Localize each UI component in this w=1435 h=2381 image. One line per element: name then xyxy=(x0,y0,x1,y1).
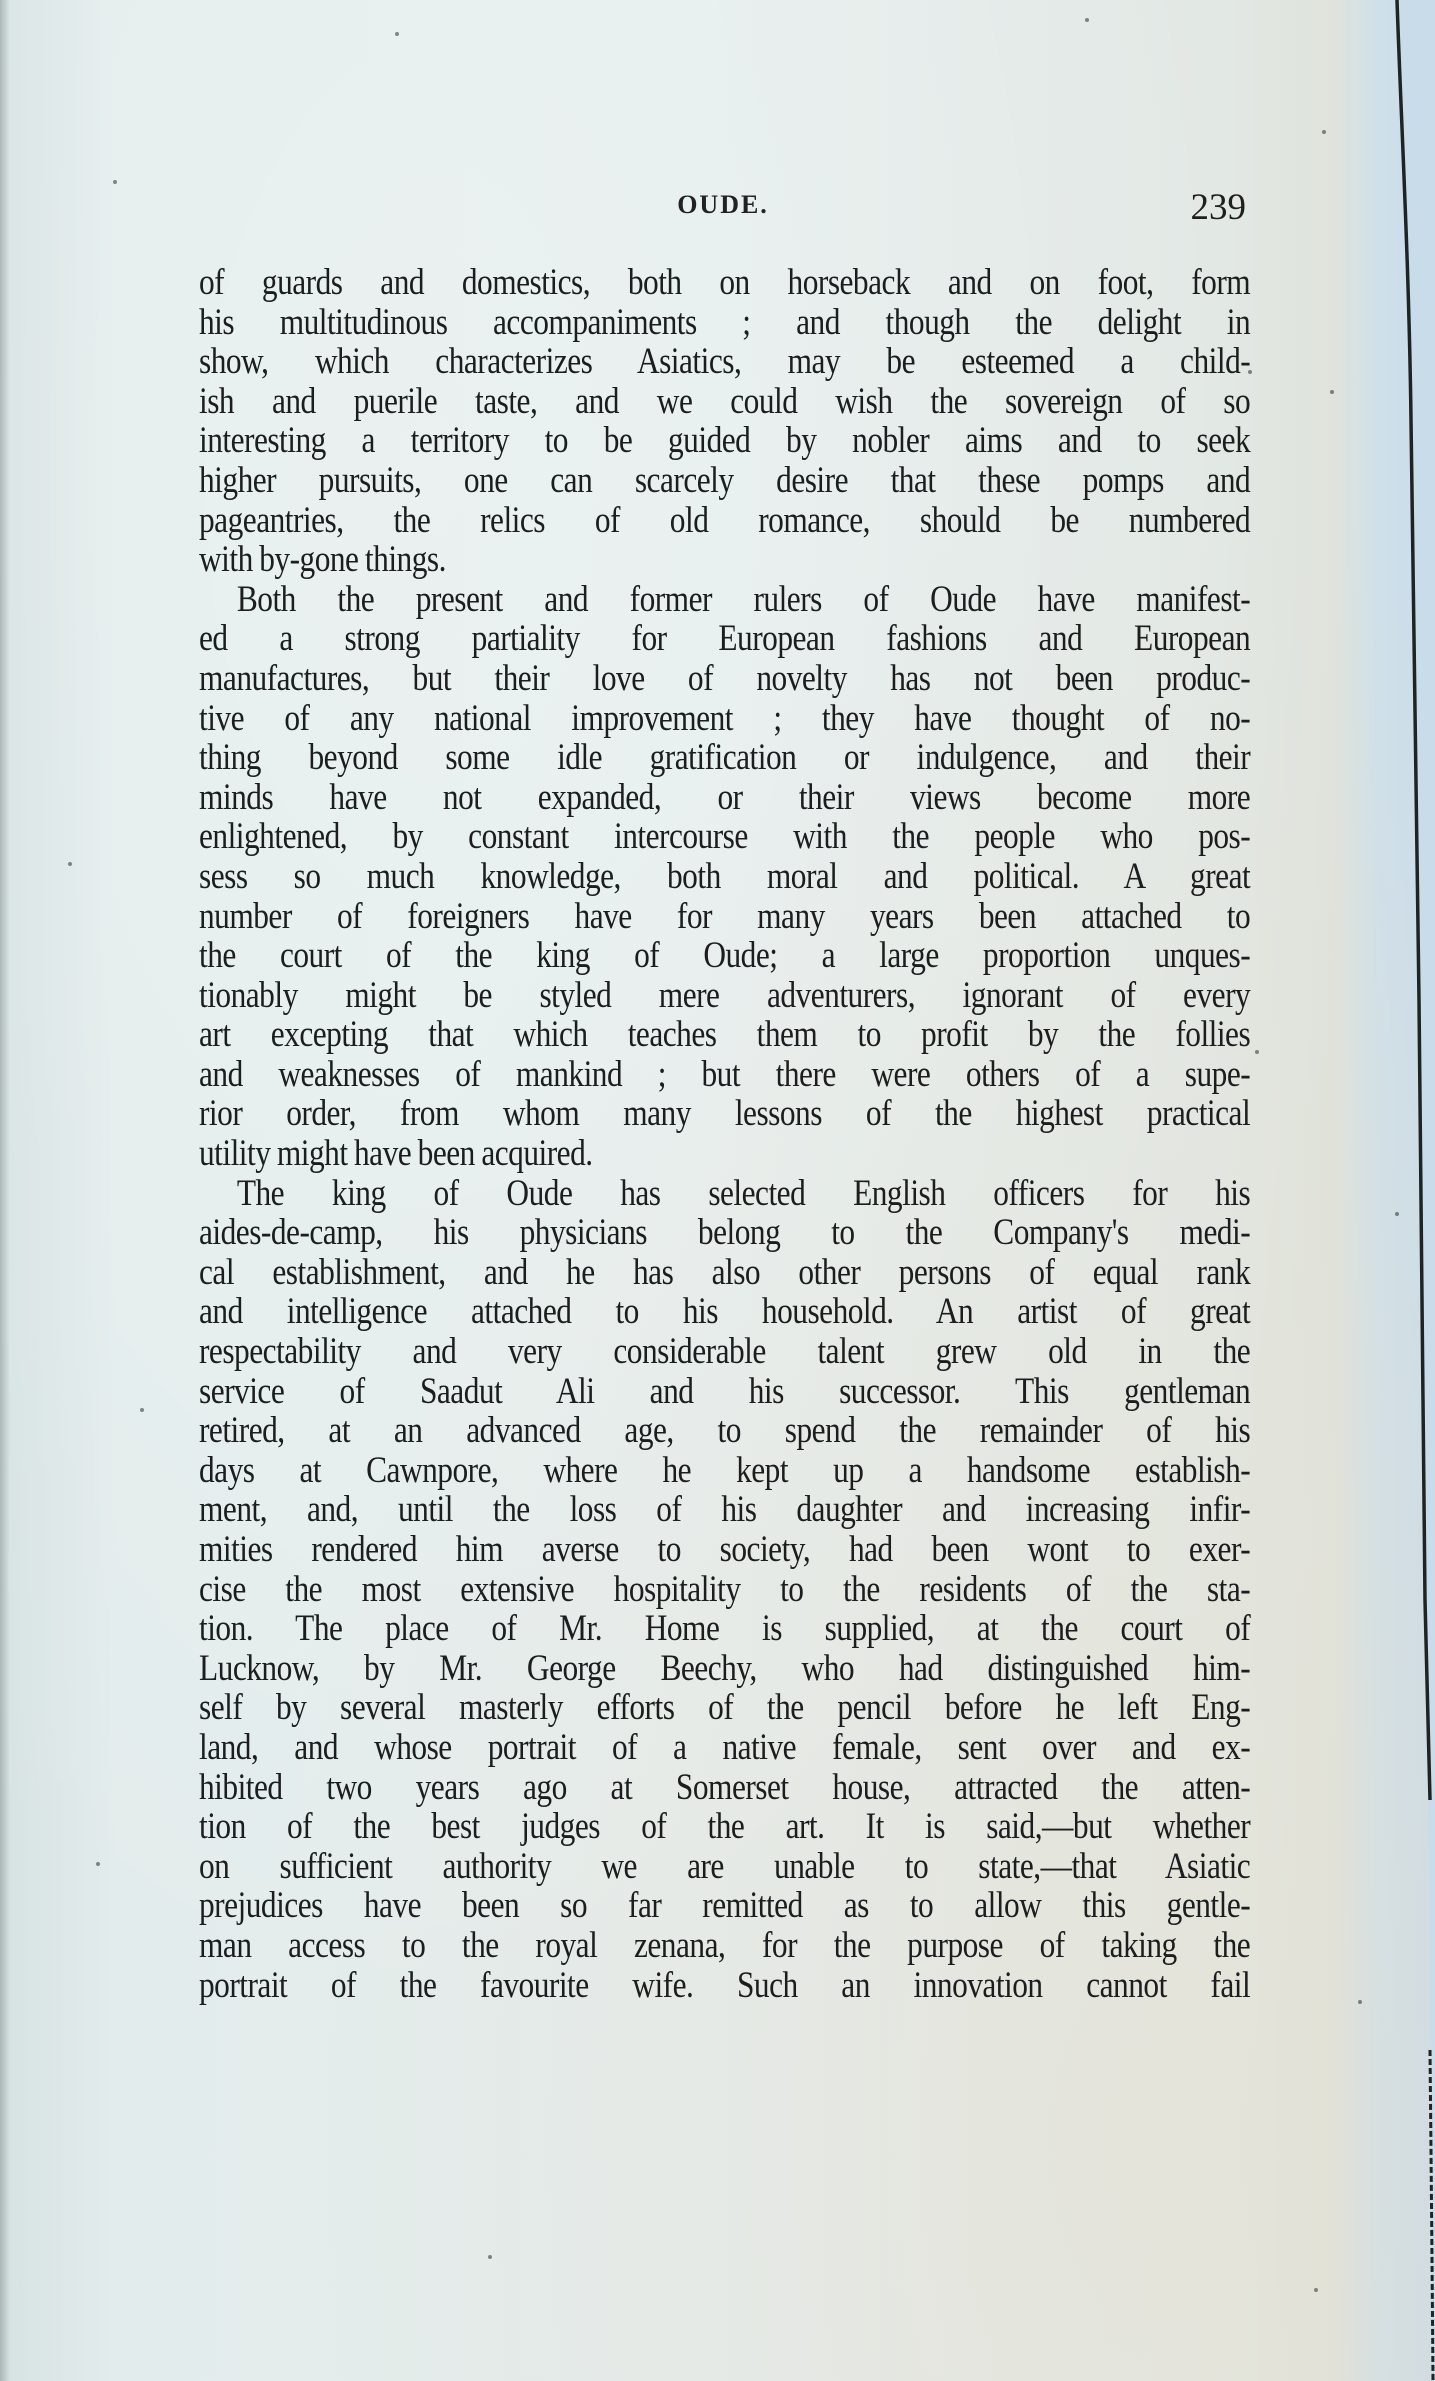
text-line: of guards and domestics, both on horseba… xyxy=(199,262,1250,302)
paper-speck xyxy=(140,1408,144,1412)
text-line: and intelligence attached to his househo… xyxy=(199,1291,1250,1331)
paper-speck xyxy=(1085,18,1089,22)
book-page: OUDE. 239 of guards and domestics, both … xyxy=(0,0,1435,2381)
text-line: service of Saadut Ali and his successor.… xyxy=(199,1371,1250,1411)
text-line: Both the present and former rulers of Ou… xyxy=(199,579,1250,619)
page-number: 239 xyxy=(1191,186,1247,229)
paper-speck xyxy=(68,862,72,866)
text-line: ment, and, until the loss of his daughte… xyxy=(199,1489,1250,1529)
text-line: tionably might be styled mere adventurer… xyxy=(199,975,1250,1015)
text-line: higher pursuits, one can scarcely desire… xyxy=(199,460,1250,500)
paper-speck xyxy=(1395,1212,1399,1216)
text-line: cise the most extensive hospitality to t… xyxy=(199,1569,1250,1609)
text-line: thing beyond some idle gratification or … xyxy=(199,737,1250,777)
text-line: on sufficient authority we are unable to… xyxy=(199,1846,1250,1886)
page-edge-line-icon xyxy=(1387,0,1435,2381)
text-line: respectability and very considerable tal… xyxy=(199,1331,1250,1371)
text-line: self by several masterly efforts of the … xyxy=(199,1687,1250,1727)
running-title: OUDE. xyxy=(200,190,1246,220)
paper-speck xyxy=(488,2255,492,2259)
text-line: the court of the king of Oude; a large p… xyxy=(199,935,1250,975)
paper-speck xyxy=(113,180,117,184)
paper-speck xyxy=(1248,370,1252,374)
text-line: prejudices have been so far remitted as … xyxy=(199,1885,1250,1925)
paper-speck xyxy=(1358,2000,1362,2004)
paper-speck xyxy=(1255,1050,1259,1054)
text-line: days at Cawnpore, where he kept up a han… xyxy=(199,1450,1250,1490)
text-line: utility might have been acquired. xyxy=(199,1133,1250,1173)
text-line: Lucknow, by Mr. George Beechy, who had d… xyxy=(199,1648,1250,1688)
text-line: land, and whose portrait of a native fem… xyxy=(199,1727,1250,1767)
text-line: interesting a territory to be guided by … xyxy=(199,420,1250,460)
text-line: ish and puerile taste, and we could wish… xyxy=(199,381,1250,421)
text-line: tive of any national improvement ; they … xyxy=(199,698,1250,738)
paper-speck xyxy=(1314,2288,1318,2292)
text-line: tion. The place of Mr. Home is supplied,… xyxy=(199,1608,1250,1648)
text-line: The king of Oude has selected English of… xyxy=(199,1173,1250,1213)
text-line: manufactures, but their love of novelty … xyxy=(199,658,1250,698)
text-line: retired, at an advanced age, to spend th… xyxy=(199,1410,1250,1450)
paper-speck xyxy=(1322,130,1326,134)
body-text: of guards and domestics, both on horseba… xyxy=(199,262,1250,2004)
text-line: portrait of the favourite wife. Such an … xyxy=(199,1965,1250,2005)
binding-shadow xyxy=(0,0,10,2381)
text-line: with by-gone things. xyxy=(199,539,1250,579)
text-line: his multitudinous accompaniments ; and t… xyxy=(199,302,1250,342)
text-line: minds have not expanded, or their views … xyxy=(199,777,1250,817)
text-line: pageantries, the relics of old romance, … xyxy=(199,500,1250,540)
text-line: sess so much knowledge, both moral and p… xyxy=(199,856,1250,896)
page-edge xyxy=(1387,0,1435,2381)
text-line: show, which characterizes Asiatics, may … xyxy=(199,341,1250,381)
text-line: man access to the royal zenana, for the … xyxy=(199,1925,1250,1965)
running-header: OUDE. 239 xyxy=(200,186,1246,234)
text-line: tion of the best judges of the art. It i… xyxy=(199,1806,1250,1846)
text-line: cal establishment, and he has also other… xyxy=(199,1252,1250,1292)
text-line: rior order, from whom many lessons of th… xyxy=(199,1093,1250,1133)
paper-speck xyxy=(96,1862,100,1866)
text-line: mities rendered him averse to society, h… xyxy=(199,1529,1250,1569)
text-line: ed a strong partiality for European fash… xyxy=(199,618,1250,658)
text-line: hibited two years ago at Somerset house,… xyxy=(199,1767,1250,1807)
text-line: number of foreigners have for many years… xyxy=(199,896,1250,936)
paper-speck xyxy=(395,32,399,36)
text-line: art excepting that which teaches them to… xyxy=(199,1014,1250,1054)
paper-speck xyxy=(1330,390,1334,394)
text-line: enlightened, by constant intercourse wit… xyxy=(199,816,1250,856)
text-line: and weaknesses of mankind ; but there we… xyxy=(199,1054,1250,1094)
text-line: aides-de-camp, his physicians belong to … xyxy=(199,1212,1250,1252)
